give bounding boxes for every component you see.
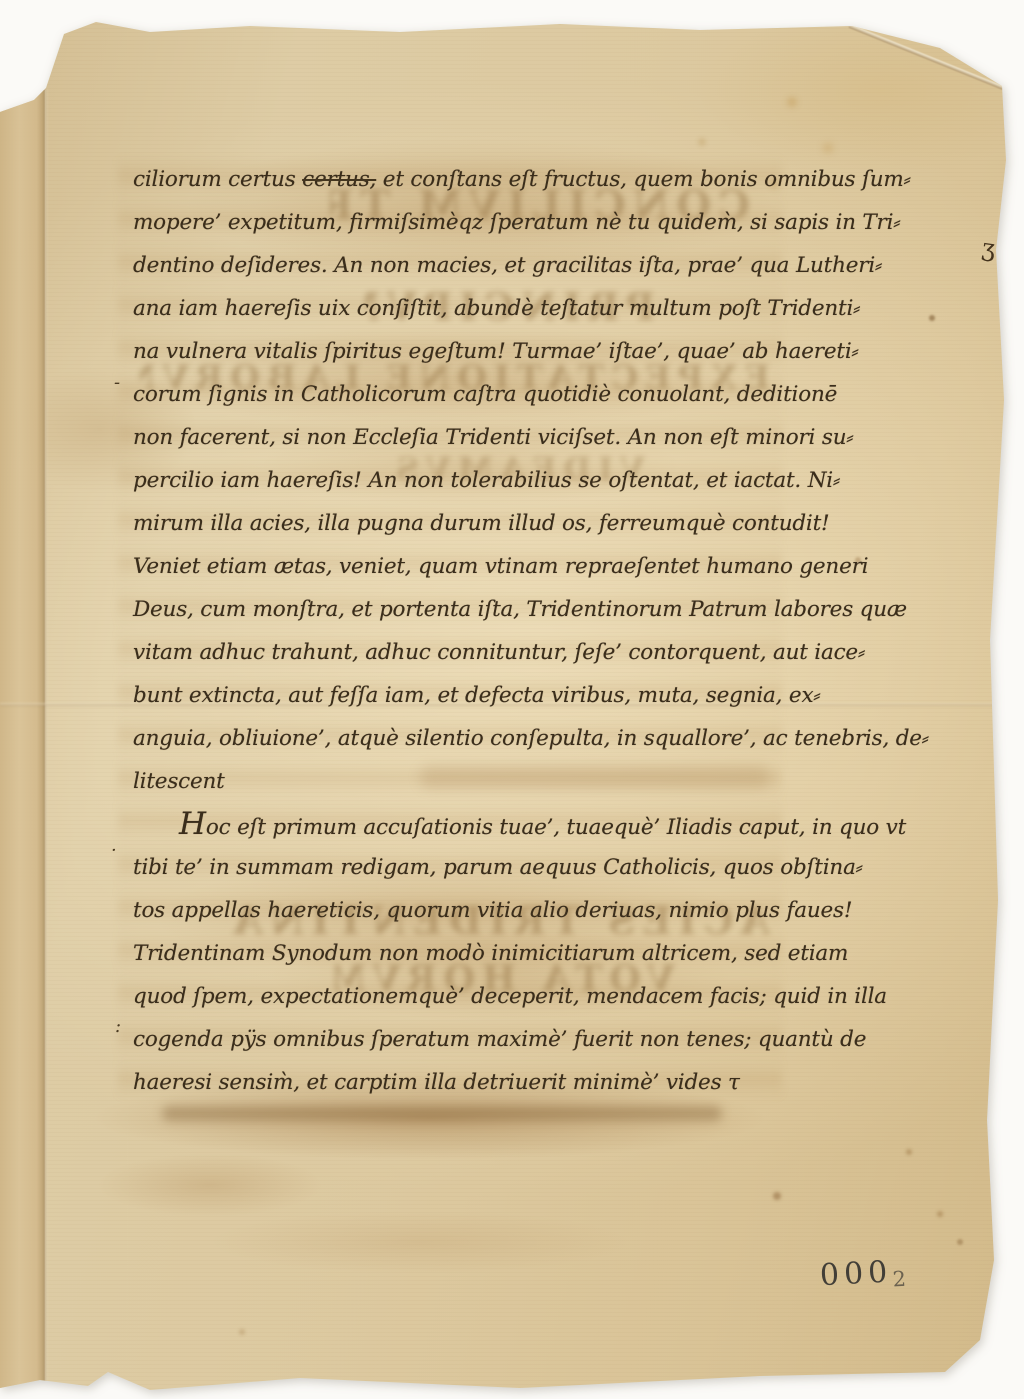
archival-stamp: 0002 — [819, 1254, 906, 1293]
manuscript-line: anguia, obliuione’, atquè silentio conſe… — [133, 717, 781, 760]
manuscript-line-paragraph-start: Hoc eſt primum accuſationis tuae’, tuaeq… — [133, 803, 781, 846]
scanned-page: CONCILIVM TRIDENVM PRINCIPVM EXPECTATION… — [0, 0, 1024, 1399]
line-text: et conſtans eſt fructus, quem bonis omni… — [376, 167, 910, 192]
manuscript-line: na vulnera vitalis ſpiritus egeſtum! Tur… — [133, 330, 781, 373]
manuscript-line: cogenda pÿs omnibus ſperatum maximè’ fue… — [133, 1018, 781, 1061]
manuscript-line: mirum illa acies, illa pugna durum illud… — [133, 502, 781, 545]
drop-capital: H — [179, 806, 206, 842]
bleedthrough-smudge — [162, 1106, 722, 1121]
vertical-crease — [44, 88, 47, 1399]
manuscript-line: dentino deſideres. An non macies, et gra… — [133, 244, 781, 287]
manuscript-text-block: ciliorum certus certus, et conſtans eſt … — [133, 158, 781, 1104]
manuscript-line: ciliorum certus certus, et conſtans eſt … — [133, 158, 781, 201]
foxing-specks — [0, 0, 4, 4]
manuscript-line: litescent — [133, 760, 781, 803]
struck-word: certus, — [302, 167, 376, 192]
manuscript-line: mopere’ expetitum, firmiſsimèqz ſperatum… — [133, 201, 781, 244]
manuscript-line: non facerent, si non Eccleſia Tridenti v… — [133, 416, 781, 459]
paper: CONCILIVM TRIDENVM PRINCIPVM EXPECTATION… — [0, 0, 1024, 1399]
margin-mark: · — [111, 840, 117, 861]
line-text: ciliorum certus — [133, 167, 302, 192]
manuscript-line: tos appellas haereticis, quorum vitia al… — [133, 889, 781, 932]
stamp-digits: 000 — [819, 1254, 893, 1293]
line-text: oc eſt primum accuſationis tuae’, tuaequ… — [206, 815, 906, 840]
manuscript-line: corum ſignis in Catholicorum caſtra quot… — [133, 373, 781, 416]
manuscript-line: ana iam haereſis uix conſiſtit, abundè t… — [133, 287, 781, 330]
gutter-fold-strip — [0, 90, 46, 1399]
stamp-last-digit: 2 — [892, 1267, 907, 1292]
manuscript-line: quod ſpem, expectationemquè’ deceperit, … — [133, 975, 781, 1018]
manuscript-line: percilio iam haereſis! An non tolerabili… — [133, 459, 781, 502]
manuscript-line: haeresi sensim̀, et carptim illa detriue… — [133, 1061, 781, 1104]
manuscript-line: vitam adhuc trahunt, adhuc connituntur, … — [133, 631, 781, 674]
manuscript-line: tibi te’ in summam redigam, parum aequus… — [133, 846, 781, 889]
paper-shadow-wrap: CONCILIVM TRIDENVM PRINCIPVM EXPECTATION… — [0, 0, 1024, 1399]
manuscript-line: Veniet etiam ætas, veniet, quam vtinam r… — [133, 545, 781, 588]
manuscript-line: Deus, cum monſtra, et portenta iſta, Tri… — [133, 588, 781, 631]
margin-mark: : — [115, 1016, 121, 1037]
manuscript-line: bunt extincta, aut feſſa iam, et defecta… — [133, 674, 781, 717]
margin-mark: - — [114, 372, 120, 393]
manuscript-line: Tridentinam Synodum non modò inimicitiar… — [133, 932, 781, 975]
